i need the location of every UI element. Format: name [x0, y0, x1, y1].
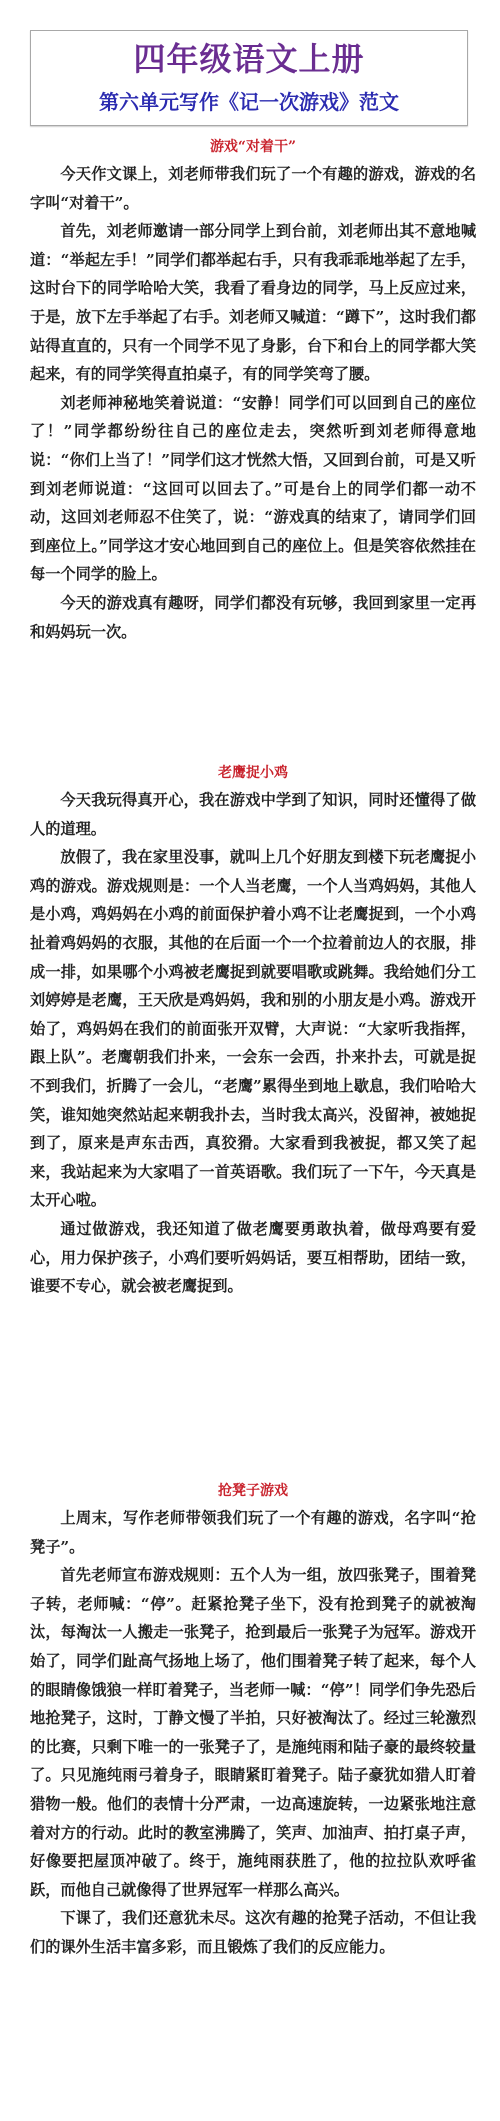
- paragraph: 今天作文课上，刘老师带我们玩了一个有趣的游戏，游戏的名字叫“对着干”。: [30, 160, 476, 217]
- paragraph: 下课了，我们还意犹未尽。这次有趣的抢凳子活动，不但让我们的课外生活丰富多彩，而且…: [30, 1904, 476, 1961]
- paragraph: 刘老师神秘地笑着说道：“安静！同学们可以回到自己的座位了！”同学都纷纷往自己的座…: [30, 389, 476, 589]
- paragraph: 今天的游戏真有趣呀，同学们都没有玩够，我回到家里一定再和妈妈玩一次。: [30, 589, 476, 646]
- essay-3: 抢凳子游戏 上周末，写作老师带领我们玩了一个有趣的游戏，名字叫“抢凳子”。 首先…: [30, 1480, 476, 1962]
- essay-1: 游戏“对着干” 今天作文课上，刘老师带我们玩了一个有趣的游戏，游戏的名字叫“对着…: [30, 136, 476, 646]
- paragraph: 上周末，写作老师带领我们玩了一个有趣的游戏，名字叫“抢凳子”。: [30, 1504, 476, 1561]
- paragraph: 今天我玩得真开心，我在游戏中学到了知识，同时还懂得了做人的道理。: [30, 786, 476, 843]
- title-box: 四年级语文上册 第六单元写作《记一次游戏》范文: [30, 30, 468, 126]
- paragraph: 通过做游戏，我还知道了做老鹰要勇敢执着，做母鸡要有爱心，用力保护孩子，小鸡们要听…: [30, 1215, 476, 1301]
- paragraph: 首先老师宣布游戏规则：五个人为一组，放四张凳子，围着凳子转，老师喊：“停”。赶紧…: [30, 1561, 476, 1904]
- document-title: 四年级语文上册: [31, 37, 467, 81]
- essay-title: 老鹰捉小鸡: [30, 762, 476, 784]
- paragraph: 首先，刘老师邀请一部分同学上到台前，刘老师出其不意地喊道：“举起左手！”同学们都…: [30, 217, 476, 389]
- paragraph: 放假了，我在家里没事，就叫上几个好朋友到楼下玩老鹰捉小鸡的游戏。游戏规则是：一个…: [30, 843, 476, 1215]
- document-subtitle: 第六单元写作《记一次游戏》范文: [31, 87, 467, 117]
- essay-2: 老鹰捉小鸡 今天我玩得真开心，我在游戏中学到了知识，同时还懂得了做人的道理。 放…: [30, 762, 476, 1301]
- essay-title: 抢凳子游戏: [30, 1480, 476, 1502]
- essay-title: 游戏“对着干”: [30, 136, 476, 158]
